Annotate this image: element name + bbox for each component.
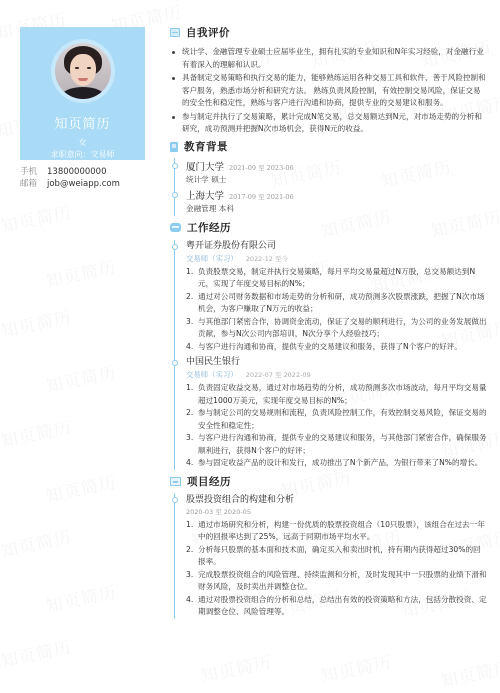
section-title: 项目经历 [187, 474, 231, 489]
watermark: 知页简历 [198, 648, 274, 687]
job-objective: 求职意向：交易师 [51, 149, 115, 160]
section-education: 教育背景 厦门大学 2021-09 至 2023-06 统计学 硕士 上海大学 … [170, 139, 488, 216]
section-header: 工作经历 [170, 220, 488, 236]
list-item: 2.通过对公司财务数据和市场走势的分析和研，成功预测多次股票涨跌，把握了N次市场… [186, 291, 488, 316]
profile-card: 知页简历 女 求职意向：交易师 [20, 27, 145, 160]
section-header: 教育背景 [170, 139, 488, 155]
watermark: 知页简历 [0, 198, 74, 237]
briefcase-icon [170, 223, 181, 232]
section-projects: 项目经历 股票投资组合的构建和分析 2020-03 至 2020-05 1.通过… [170, 474, 488, 619]
avatar-ring [51, 39, 115, 103]
job-date: 2022-12 至今 [246, 255, 288, 263]
work-timeline: 粤开证券股份有限公司 交易师（实习）2022-12 至今 1.负责股票交易，制定… [174, 240, 488, 470]
list-item: 1.负责固定收益交易，通过对市场趋势的分析，成功预测多次市场波动，每月平均交易量… [186, 382, 488, 407]
watermark: 知页简历 [43, 468, 119, 507]
list-item: 1.通过市场研究和分析，构建一份优质的股票投资组合（10只股票），该组合在过去一… [186, 519, 488, 544]
duty-list: 1.负责固定收益交易，通过对市场趋势的分析，成功预测多次市场波动，每月平均交易量… [186, 382, 488, 470]
watermark: 知页简历 [0, 523, 74, 562]
email-label: 邮箱 [20, 178, 47, 190]
email-value: job@weiapp.com [47, 178, 120, 190]
section-header: 自我评价 [170, 24, 488, 40]
job-meta: 交易师（实习）2022-07 至 2022-09 [186, 369, 488, 381]
timeline-dot-icon [172, 360, 178, 366]
school-name: 厦门大学 [186, 159, 224, 173]
watermark: 知页简历 [318, 648, 394, 687]
section-header: 项目经历 [170, 474, 488, 490]
timeline-dot-icon [172, 192, 178, 198]
project-entry: 股票投资组合的构建和分析 2020-03 至 2020-05 1.通过市场研究和… [186, 493, 488, 619]
avatar [55, 43, 111, 99]
project-date: 2020-03 至 2020-05 [186, 507, 488, 518]
sidebar: 知页简历 女 求职意向：交易师 手机 13800000000 邮箱 job@we… [20, 27, 145, 190]
phone-label: 手机 [20, 166, 47, 178]
resume-page: 知页简历 知页简历 知页简历 知页简历 知页简历 知页简历 知页简历 知页简历 … [0, 0, 500, 693]
job-date: 2022-07 至 2022-09 [246, 371, 311, 379]
contact-info: 手机 13800000000 邮箱 job@weiapp.com [20, 166, 145, 190]
job-role: 交易师（实习） [186, 254, 238, 263]
section-title: 教育背景 [184, 139, 228, 154]
phone-value: 13800000000 [47, 166, 107, 178]
list-item: 4.通过对股票投资组合的分析和总结，总结出有效的投资策略和方法，包括分散投资、定… [186, 594, 488, 619]
job-entry: 粤开证券股份有限公司 交易师（实习）2022-12 至今 1.负责股票交易，制定… [186, 240, 488, 354]
list-item: 4.参与固定收益产品的设计和发行，成功推出了N个新产品，为银行带来了N%的增长。 [186, 457, 488, 470]
list-item: 1.负责股票交易，制定并执行交易策略，每月平均交易量超过N万股，总交易额达到N元… [186, 266, 488, 291]
folder-icon [170, 477, 181, 486]
project-name: 股票投资组合的构建和分析 [186, 493, 488, 507]
watermark: 知页简历 [43, 358, 119, 397]
candidate-name: 知页简历 [54, 113, 110, 132]
education-timeline: 厦门大学 2021-09 至 2023-06 统计学 硕士 上海大学 2017-… [174, 158, 488, 216]
book-icon [170, 142, 178, 152]
list-item: 统计学、金融管理专业硕士应届毕业生，拥有扎实的专业知识和N年实习经验，对金融行业… [170, 46, 488, 71]
timeline-dot-icon [172, 244, 178, 250]
watermark: 知页简历 [43, 253, 119, 292]
company-name: 中国民生银行 [186, 356, 488, 369]
job-meta: 交易师（实习）2022-12 至今 [186, 253, 488, 265]
main-content: 自我评价 统计学、金融管理专业硕士应届毕业生，拥有扎实的专业知识和N年实习经验，… [170, 24, 488, 622]
self-evaluation-list: 统计学、金融管理专业硕士应届毕业生，拥有扎实的专业知识和N年实习经验，对金融行业… [170, 46, 488, 136]
section-work-experience: 工作经历 粤开证券股份有限公司 交易师（实习）2022-12 至今 1.负责股票… [170, 220, 488, 470]
job-entry: 中国民生银行 交易师（实习）2022-07 至 2022-09 1.负责固定收益… [186, 356, 488, 470]
education-item: 上海大学 2017-09 至 2021-06 金融管理 本科 [186, 187, 488, 216]
section-self-evaluation: 自我评价 统计学、金融管理专业硕士应届毕业生，拥有扎实的专业知识和N年实习经验，… [170, 24, 488, 136]
school-name: 上海大学 [186, 188, 224, 202]
list-item: 2.参与制定公司的交易规则和流程，负责风险控制工作，有效控制交易风险，保证交易的… [186, 407, 488, 432]
timeline-dot-icon [172, 497, 178, 503]
watermark: 知页简历 [43, 578, 119, 617]
message-icon [170, 28, 180, 37]
list-item: 3.与客户进行沟通和协商，提供专业的交易建议和服务，与其他部门紧密合作，确保服务… [186, 432, 488, 457]
education-detail: 统计学 硕士 [186, 173, 488, 187]
education-item: 厦门大学 2021-09 至 2023-06 统计学 硕士 [186, 158, 488, 187]
candidate-gender: 女 [79, 137, 87, 148]
education-detail: 金融管理 本科 [186, 202, 488, 216]
timeline-dot-icon [172, 163, 178, 169]
duty-list: 1.负责股票交易，制定并执行交易策略，每月平均交易量超过N万股，总交易额达到N元… [186, 266, 488, 354]
list-item: 3.完成股票投资组合的风险管理、持续监测和分析，及时发现其中一只股票的业绩下滑和… [186, 569, 488, 594]
education-date: 2021-09 至 2023-06 [229, 163, 294, 172]
education-date: 2017-09 至 2021-06 [229, 192, 294, 201]
watermark: 知页简历 [0, 303, 74, 342]
job-role: 交易师（实习） [186, 370, 238, 379]
project-timeline: 股票投资组合的构建和分析 2020-03 至 2020-05 1.通过市场研究和… [174, 493, 488, 619]
list-item: 2.分析每只股票的基本面和技术面，确定买入和卖出时机，持有期内获得超过30%的回… [186, 544, 488, 569]
contact-email: 邮箱 job@weiapp.com [20, 178, 145, 190]
contact-phone: 手机 13800000000 [20, 166, 145, 178]
section-title: 自我评价 [186, 25, 230, 40]
watermark: 知页简历 [0, 413, 74, 452]
list-item: 参与制定并执行了交易策略，累计完成N笔交易，总交易额达到N元，对市场走势的分析和… [170, 111, 488, 136]
watermark: 知页简历 [438, 653, 500, 692]
watermark: 知页简历 [0, 633, 74, 672]
company-name: 粤开证券股份有限公司 [186, 240, 488, 253]
section-title: 工作经历 [187, 220, 231, 235]
list-item: 4.与客户进行沟通和协商，提供专业的交易建议和服务，获得了N个客户的好评。 [186, 341, 488, 354]
list-item: 具备制定交易策略和执行交易的能力，能够熟练运用各种交易工具和软件，善于风险控制和… [170, 72, 488, 110]
project-points: 1.通过市场研究和分析，构建一份优质的股票投资组合（10只股票），该组合在过去一… [186, 519, 488, 619]
list-item: 3.与其他部门紧密合作，协调资金流动，保证了交易的顺利进行，为公司的业务发展做出… [186, 316, 488, 341]
